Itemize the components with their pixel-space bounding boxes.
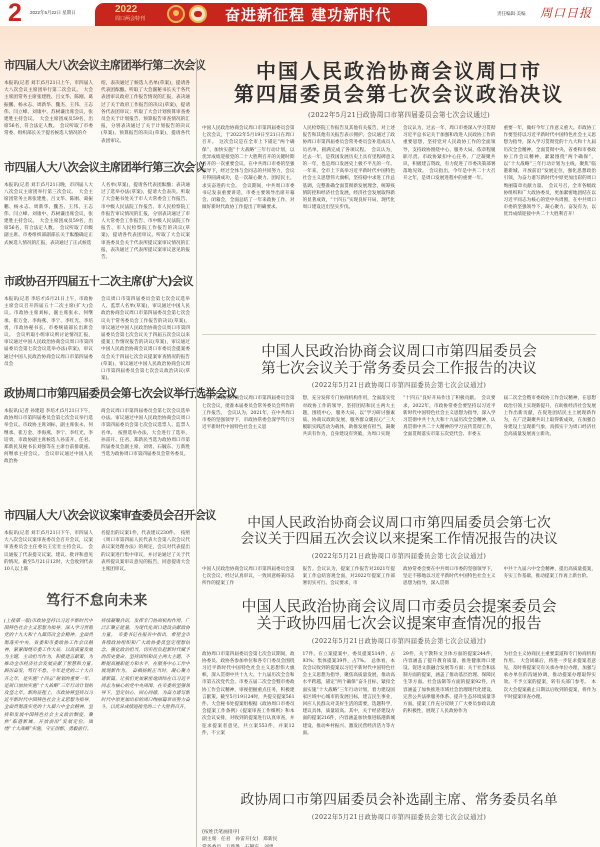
- vice-chair-row: 副主席 任君 孙雷开(女) 郑新民: [202, 836, 596, 843]
- resolution-text: 人民检察院工作报告及其他有关报告，对上述报告和其他有关报告表示拥护。会议通过了政…: [303, 125, 396, 325]
- commentary-headline: 笃行不怠向未来: [4, 590, 190, 610]
- special-issue-banner: 2022 周口两会特刊 奋进新征程 建功新时代: [95, 3, 427, 26]
- resolution-headline: 中国人民政治协商会议周口市第四届委员会第七次 会议关于四届五次会议以来提案工作情…: [202, 516, 596, 548]
- name-list: (按姓氏笔画排序) 副主席 任君 孙雷开(女) 郑新民 常务委员 万新胜 石毓东…: [202, 829, 596, 847]
- report-article: 中国人民政治协商会议周口市委员会提案委员会 关于政协四届七次会议提案审查情况的报…: [202, 598, 596, 759]
- article-headline: 市四届人大八次会议主席团举行第二次会议: [4, 58, 190, 74]
- article-headline: 市政协召开四届五十二次主席(扩大)会议: [4, 274, 190, 290]
- news-article: 市四届人大八次会议主席团举行第三次会议 本报讯(记者 刘丰)5月21日晚，市四届…: [4, 160, 190, 260]
- commentary-article: 笃行不怠向未来 (上接第一版)市政协坚持以习近平新时代中国特色社会主义思想为指导…: [4, 590, 190, 844]
- article-headline: 市四届人大八次会议议案审查委员会召开会议: [4, 508, 190, 524]
- cppcc-emblem-icon: [189, 5, 207, 23]
- article-text: 名提出的议案1件，代表建议230件。 按照《周口市第四届人民代表大会第八次会议代…: [101, 530, 190, 584]
- resolution-headline: 中国人民政治协商会议周口市第四届委员会 第七次会议关于常务委员会工作报告的决议: [202, 344, 596, 377]
- vice-chair-names: 任君 孙雷开(女) 郑新民: [221, 837, 278, 842]
- resolution-text: 会议认为，过去一年，周口市委深入学习贯彻习近平总书记关于加强和改进人民政协工作的…: [403, 125, 496, 325]
- banner-slogan: 奋进新征程 建功新时代: [225, 6, 391, 24]
- news-article: 市四届人大八次会议主席团举行第二次会议 本报讯(记者 刘丰)5月21日上午，市四…: [4, 58, 190, 150]
- resolution-text: “十四五”良好开局作出了积极贡献。 会议要求，2022年，市政协常委会要坚持以习…: [403, 395, 496, 453]
- banner-year: 2022: [115, 4, 137, 15]
- article-text: 本报讯(记者 李培才)5月21日上午，市政协主席会议召开四届五十二次主席(扩大)…: [4, 296, 93, 380]
- adoption-note: (2022年5月21日政协周口市第四届委员会第七次会议通过): [202, 109, 596, 119]
- resolution-text: 中国人民政治协商会议周口市第四届委员会第七次会议，于2022年5月19日至21日…: [202, 125, 295, 325]
- resolution-text: 中共十九届六中全会精神，提出高质量提案，夯实工作基础，推动提案工作再上新台阶。: [504, 566, 597, 590]
- article-text: 会议周口市第四届委员会第七次会议选举人、监票人名单(草案)，审议通过中国人民政治…: [101, 296, 190, 380]
- resolution-headline: 中国人民政治协商会议周口市 第四届委员会第七次会议政治决议: [202, 60, 596, 106]
- resolution-text: 报告。会议认为，提案工作报告对2021年提案工作总结客观全面，对2022年提案工…: [303, 566, 396, 590]
- appointment-headline: 政协周口市第四届委员会补选副主席、常务委员名单: [202, 793, 596, 809]
- article-text: 本报讯(记者 刘丰)5月21日晚，市四届人大八次会议主席团举行第三次会议。 大会…: [4, 182, 93, 260]
- article-headline: 市四届人大八次会议主席团举行第三次会议: [4, 160, 190, 176]
- article-headline: 政协周口市第四届委员会第七次会议举行选举会议: [4, 386, 190, 402]
- page-content: 市四届人大八次会议主席团举行第二次会议 本报讯(记者 刘丰)5月21日上午，市四…: [0, 26, 600, 847]
- resolution-text: 政协常委会要在中共周口市委的坚强领导下，坚定不移地以习近平新时代中国特色社会主义…: [403, 566, 496, 590]
- report-headline: 中国人民政治协商会议周口市委员会提案委员会 关于政协四届七次会议提案审查情况的报…: [202, 598, 596, 633]
- resolution-text: 中国人民政治协商会议周口市第四届委员会第七次会议，经过认真审议，一致同意杨某同志…: [202, 566, 295, 590]
- article-text: 人名单(草案)，提请各代表团酝酿；表决通过了选举办法(草案)，提请大会表决。听取…: [101, 182, 190, 260]
- news-article: 市四届人大八次会议议案审查委员会召开会议 本报讯(记者 刘丰)5月21日下午，市…: [4, 508, 190, 584]
- resolution-article: 中国人民政治协商会议周口市第四届委员会 第七次会议关于常务委员会工作报告的决议 …: [202, 344, 596, 453]
- news-article: 市政协召开四届五十二次主席(扩大)会议 本报讯(记者 李培才)5月21日上午，市…: [4, 274, 190, 380]
- resolution-text: 届二次全会暨市委政协工作会议精神，在思想政治引领上实现新提升，在助推经济社会发展…: [504, 395, 597, 453]
- commentary-text: (上接第一版)市政协坚持以习近平新时代中国特色社会主义思想为指导，深入学习贯彻党…: [4, 618, 93, 844]
- news-article: 政协周口市第四届委员会第七次会议举行选举会议 本报讯(记者 孙建超 李培才)5月…: [4, 386, 190, 474]
- adoption-note: (2022年5月21日政协周口市第四届委员会第七次会议通过): [202, 380, 596, 389]
- newspaper-logo: 周口日报: [540, 4, 592, 21]
- report-text: 29件，关于教科文卫体方面的提案244件，内容涵盖了提升教育质量、推进健康周口建…: [403, 651, 496, 759]
- article-text: 本报讯(记者 刘丰)5月21日下午，市四届人大八次会议议案审查委员会召开会议，议…: [4, 530, 93, 584]
- article-text: 本报讯(记者 刘丰)5月21日上午，市四届人大八次会议主席团举行第二次会议。 大…: [4, 80, 93, 150]
- right-resolutions-column: 中国人民政治协商会议周口市 第四届委员会第七次会议政治决议 (2022年5月21…: [202, 26, 596, 847]
- section-divider: [202, 334, 596, 335]
- page-masthead: 2 2022年5月22日 星期日 2022 周口两会特刊 奋进新征程 建功新时代…: [0, 0, 600, 26]
- resolution-article: 中国人民政治协商会议周口市第四届委员会第七次 会议关于四届五次会议以来提案工作情…: [202, 516, 596, 590]
- adoption-note: (2022年5月21日政协周口市第四届委员会第七次会议通过): [202, 636, 596, 645]
- left-news-column: 市四届人大八次会议主席团举行第二次会议 本报讯(记者 刘丰)5月21日上午，市四…: [4, 26, 190, 847]
- resolution-text: 重要一年，做好今年工作意义重大。市政协工作要坚持以习近平新时代中国特色社会主义思…: [504, 125, 597, 325]
- sort-order-note: (按姓氏笔画排序): [202, 829, 596, 836]
- appointment-list-article: 政协周口市第四届委员会补选副主席、常务委员名单 (2022年5月21日政协周口市…: [202, 793, 596, 847]
- resolution-text: 中国人民政治协商会议周口市第四届委员会第七次会议，批准本届委员会常务委员会所作的…: [202, 395, 295, 453]
- column-divider: [196, 58, 197, 847]
- resolution-text: 想，充分发挥专门协商机构作用，全面落实党对政协工作的领导，坚持团结和民主两大主题…: [303, 395, 396, 453]
- commentary-text: 持续凝聚共识，发挥专门协商机构作用，广泛汇聚正能量，为现代化周口建设贡献政协力量…: [101, 618, 190, 844]
- banner-subtitle: 周口两会特刊: [115, 15, 145, 22]
- resolution-article: 中国人民政治协商会议周口市 第四届委员会第七次会议政治决议 (2022年5月21…: [202, 60, 596, 325]
- report-text: 17件。在立案提案中，委员提案514件，占93%；集体提案39件，占7%。 总体…: [303, 651, 396, 759]
- page-number: 2: [8, 0, 22, 26]
- article-text: 本报讯(记者 孙建超 李培才)5月21日下午，政协周口市第四届委员会第七次会议举…: [4, 408, 93, 474]
- issue-date: 2022年5月22日 星期日: [30, 10, 76, 16]
- editor-credit: 责任编辑·美编: [497, 11, 526, 17]
- vice-chair-label: 副主席: [202, 837, 216, 842]
- article-text: 绍，表决通过了候选人名单(草案)，提请各代表团酝酿。听取了大会副秘书长关于各代表…: [101, 80, 190, 150]
- report-text: 政协周口市第四届委员会第七次会议期间，政协委员、政协各参加单位和各专门委员会围绕…: [202, 651, 295, 759]
- article-text: 商会议周口市第四届委员会第七次会议选举办法。审议通过中国人民政治协商会议周口市第…: [101, 408, 190, 474]
- adoption-note: (2022年5月21日政协周口市第四届委员会第七次会议通过): [202, 551, 596, 560]
- adoption-note: (2022年5月21日政协周口市第四届委员会第七次会议通过): [202, 812, 596, 821]
- national-emblem-icon: [167, 5, 185, 23]
- report-text: 为社会主义协商民主重要渠道和专门协商机构作用。 大会闭幕后，将进一步征求提案者意…: [504, 651, 597, 759]
